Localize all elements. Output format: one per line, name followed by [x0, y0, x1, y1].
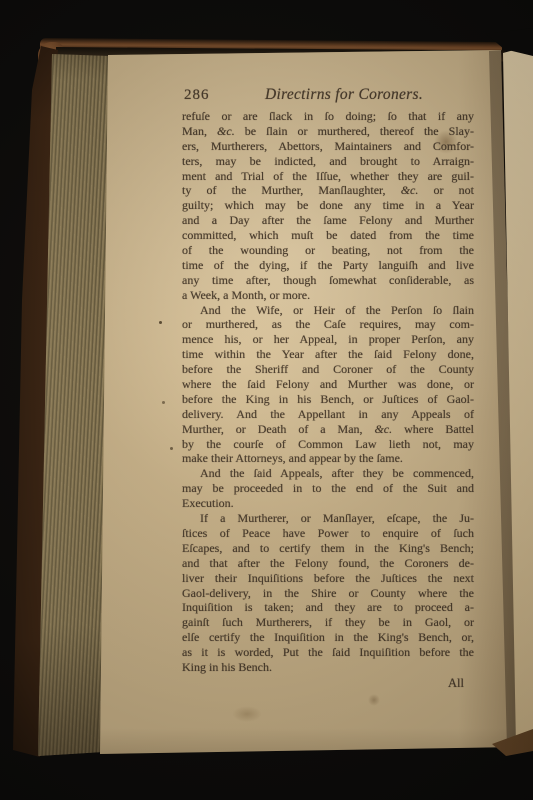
text-line: may be proceeded in to the end of the Su…: [182, 481, 474, 496]
text-line: before the King in his Bench, or Juſtice…: [182, 392, 474, 407]
text-line: And the ſaid Appeals, after they be comm…: [182, 466, 474, 481]
text-line: liver their Inquiſitions before the Juſt…: [182, 571, 474, 586]
text-line: committed, which muſt be dated from the …: [182, 228, 474, 243]
photo-backdrop: 286 Directirns for Coroners. refuſe or a…: [0, 0, 533, 800]
text-line: or murthered, as the Caſe requires, may …: [182, 317, 474, 332]
text-line: ment and Trial of the Iſſue, whether the…: [182, 169, 474, 184]
running-title: Directirns for Coroners.: [214, 86, 474, 104]
text-line: gainſt ſuch Murtherers, if they be in Ga…: [182, 615, 474, 630]
text-line: ters, may be indicted, and brought to Ar…: [182, 154, 474, 169]
text-line: ty of the Murther, Manſlaughter, &c. or …: [182, 183, 474, 198]
text-line: King in his Bench.: [182, 660, 474, 675]
text-line: and a Day after the ſame Felony and Murt…: [182, 213, 474, 228]
page-text: 286 Directirns for Coroners. refuſe or a…: [182, 86, 474, 696]
text-line: Eſcapes, and to certify them in the King…: [182, 541, 474, 556]
text-line: And the Wife, or Heir of the Perſon ſo ſ…: [182, 303, 474, 318]
text-line: any time after, though ſomewhat conſider…: [182, 273, 474, 288]
text-line: Execution.: [182, 496, 474, 511]
text-line: ers, Murtherers, Abettors, Maintainers a…: [182, 139, 474, 154]
text-line: and that after the Felony found, the Cor…: [182, 556, 474, 571]
body-text: refuſe or are ſlack in ſo doing; ſo that…: [182, 109, 474, 675]
text-line: where the ſaid Felony and Murther was do…: [182, 377, 474, 392]
text-line: by the courſe of Common Law lieth not, m…: [182, 437, 474, 452]
text-line: time of the dying, if the Party languiſh…: [182, 258, 474, 273]
text-line: before the Sheriff and Coroner of the Co…: [182, 362, 474, 377]
text-line: time within the Year after the ſaid Felo…: [182, 347, 474, 362]
text-line: Inquiſition is taken; and they are to pr…: [182, 600, 474, 615]
page-number: 286: [184, 87, 210, 104]
text-line: Man, &c. be ſlain or murthered, thereof …: [182, 124, 474, 139]
text-line: ſtices of Peace have Power to enquire of…: [182, 526, 474, 541]
text-line: mence his, or her Appeal, in proper Perſ…: [182, 332, 474, 347]
text-line: a Week, a Month, or more.: [182, 288, 474, 303]
text-line: guilty; which may be done any time in a …: [182, 198, 474, 213]
text-line: make their Attorneys, and appear by the …: [182, 451, 474, 466]
text-line: Murther, or Death of a Man, &c. where Ba…: [182, 422, 474, 437]
text-line: delivery. And the Appellant in any Appea…: [182, 407, 474, 422]
text-line: elſe certify the Inquiſition in the King…: [182, 630, 474, 645]
text-line: Gaol-delivery, in the Shire or County wh…: [182, 586, 474, 601]
text-line: of the wounding or beating, not from the: [182, 243, 474, 258]
text-line: as it is worded, Put the ſaid Inquiſitio…: [182, 645, 474, 660]
catchword: All: [182, 676, 464, 691]
text-line: refuſe or are ſlack in ſo doing; ſo that…: [182, 109, 474, 124]
text-line: If a Murtherer, or Manſlayer, eſcape, th…: [182, 511, 474, 526]
